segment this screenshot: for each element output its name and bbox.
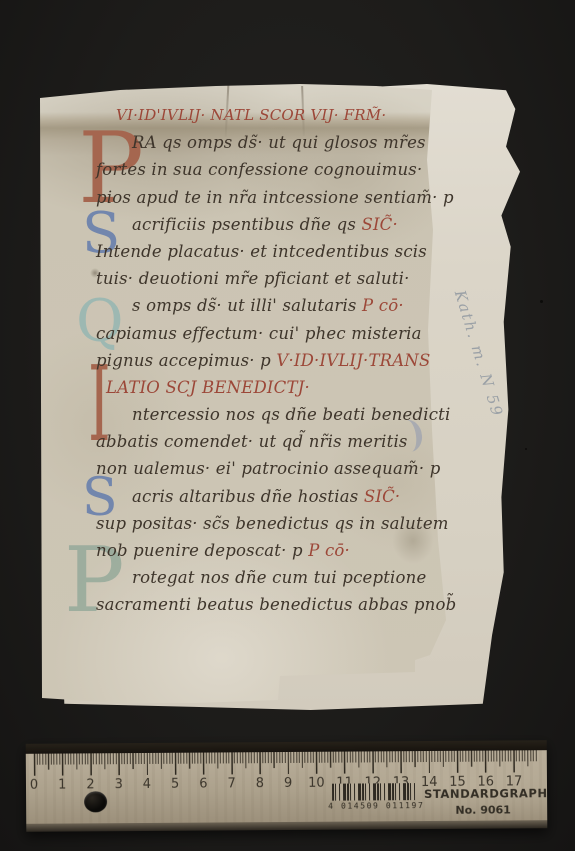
- text-segment-ink: non ualemus· ei' patrocinio assequam̃· p: [96, 459, 441, 478]
- manuscript-line: pignus accepimus· p V·ID·IVLIJ·TRANS: [96, 347, 432, 374]
- text-segment-ink: acrificiis psentibus dñe qs: [132, 215, 361, 234]
- brand-group: STANDARDGRAPH No. 9061: [424, 786, 542, 817]
- manuscript-line: VI·ID'IVLIJ· NATL SCOR VIJ· FRM̃·: [96, 102, 432, 129]
- ruler-number: 8: [250, 776, 270, 791]
- ruler-number: 0: [24, 778, 44, 793]
- barcode: [332, 783, 416, 801]
- manuscript-line: s omps ds̃· ut illi' salutaris P cō·: [96, 292, 432, 319]
- text-segment-ink: sacramenti beatus benedictus abbas pnob̃: [96, 595, 456, 614]
- manuscript-line: ntercessio nos qs dñe beati benedicti: [96, 401, 432, 428]
- model-label: No. 9061: [424, 803, 542, 817]
- manuscript-line: non ualemus· ei' patrocinio assequam̃· p: [96, 455, 432, 482]
- ruler-number: 2: [80, 777, 100, 792]
- brand-label: STANDARDGRAPH: [424, 786, 542, 801]
- text-segment-ink: pignus accepimus· p: [96, 351, 276, 370]
- text-segment-ink: fortes in sua confessione cognouimus·: [96, 160, 422, 179]
- ruler-number: 3: [109, 777, 129, 792]
- barcode-digits: 4 014509 011197: [328, 801, 420, 811]
- photo-stage: VI·ID'IVLIJ· NATL SCOR VIJ· FRM̃·RA qs o…: [0, 0, 575, 851]
- manuscript-line: acrificiis psentibus dñe qs SIC̃·: [96, 211, 432, 238]
- text-segment-ink: nob puenire deposcat· p: [96, 541, 308, 560]
- barcode-group: 4 014509 011197: [328, 783, 420, 811]
- dust-speck: [540, 300, 543, 303]
- text-segment-ink: ntercessio nos qs dñe beati benedicti: [132, 405, 450, 424]
- manuscript-line: RA qs omps ds̃· ut qui glosos mr̃es: [96, 129, 432, 156]
- text-segment-rubric: V·ID·IVLIJ·TRANS: [276, 351, 430, 370]
- manuscript-line: fortes in sua confessione cognouimus·: [96, 156, 432, 183]
- text-segment-ink: pios apud te in nr̃a intcessione sentiam…: [96, 188, 454, 207]
- manuscript-line: sacramenti beatus benedictus abbas pnob̃: [96, 591, 432, 618]
- text-segment-ink: rotegat nos dñe cum tui pceptione: [132, 568, 426, 587]
- text-segment-ink: tuis· deuotioni mr̃e pficiant et saluti·: [96, 269, 410, 288]
- text-segment-rubric: P cō·: [308, 541, 350, 560]
- text-segment-rubric: VI·ID'IVLIJ· NATL SCOR VIJ· FRM̃·: [116, 106, 386, 124]
- ruler-number: 1: [52, 777, 72, 792]
- ruler-number: 6: [193, 777, 213, 792]
- manuscript-line: tuis· deuotioni mr̃e pficiant et saluti·: [96, 265, 432, 292]
- ruler-number: 9: [278, 776, 298, 791]
- text-block: VI·ID'IVLIJ· NATL SCOR VIJ· FRM̃·RA qs o…: [96, 102, 432, 619]
- text-segment-rubric: SIC̃·: [364, 487, 401, 506]
- text-segment-ink: s omps ds̃· ut illi' salutaris: [132, 296, 362, 315]
- text-segment-ink: abbatis comendet· ut qd̃ nr̃is meritis: [96, 432, 408, 451]
- ruler-number: 10: [306, 776, 326, 791]
- manuscript-line: LATIO SCJ BENEDICTJ·: [96, 374, 432, 401]
- ruler-hole: [84, 791, 107, 812]
- manuscript-line: abbatis comendet· ut qd̃ nr̃is meritis: [96, 428, 432, 455]
- manuscript-line: capiamus effectum· cui' phec misteria: [96, 320, 432, 347]
- ruler-face: 01234567891011121314151617 4 014509 0111…: [26, 750, 547, 824]
- manuscript-line: nob puenire deposcat· p P cō·: [96, 537, 432, 564]
- ruler-number: 7: [222, 776, 242, 791]
- ruler: 01234567891011121314151617 4 014509 0111…: [26, 740, 548, 832]
- manuscript-line: Intende placatus· et intcedentibus scis: [96, 238, 432, 265]
- text-segment-ink: sup positas· sc̃s benedictus qs in salut…: [96, 514, 449, 533]
- text-segment-ink: capiamus effectum· cui' phec misteria: [96, 324, 422, 343]
- text-segment-rubric: P cō·: [362, 296, 404, 315]
- text-segment-rubric: SIC̃·: [361, 215, 398, 234]
- text-segment-ink: acris altaribus dñe hostias: [132, 487, 364, 506]
- ruler-number: 5: [165, 777, 185, 792]
- manuscript-line: rotegat nos dñe cum tui pceptione: [96, 564, 432, 591]
- manuscript-line: pios apud te in nr̃a intcessione sentiam…: [96, 184, 432, 211]
- manuscript-line: sup positas· sc̃s benedictus qs in salut…: [96, 510, 432, 537]
- text-segment-ink: Intende placatus· et intcedentibus scis: [96, 242, 427, 261]
- text-segment-rubric: LATIO SCJ BENEDICTJ·: [106, 378, 310, 397]
- dust-speck: [525, 448, 527, 450]
- ruler-number: 4: [137, 777, 157, 792]
- manuscript-line: acris altaribus dñe hostias SIC̃·: [96, 483, 432, 510]
- text-segment-ink: RA qs omps ds̃· ut qui glosos mr̃es: [132, 133, 426, 152]
